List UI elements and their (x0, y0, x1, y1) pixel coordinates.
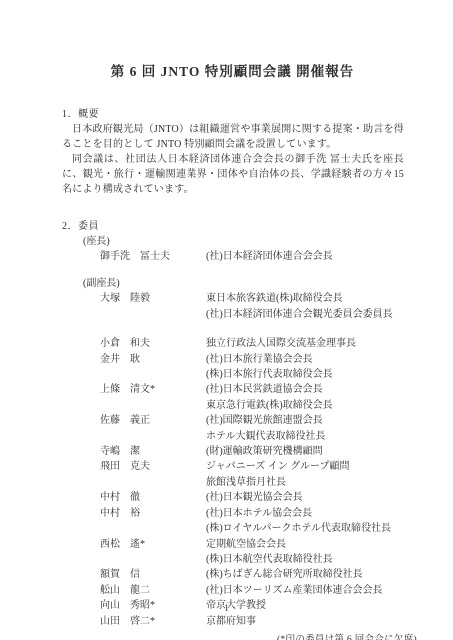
member-name: 大塚 陸毅 (100, 291, 206, 306)
member-title: 東日本旅客鉄道(株)取締役会長 (206, 291, 417, 306)
member-row: 額賀 信 (株)ちばぎん総合研究所取締役社長 (83, 567, 417, 582)
member-title: (社)日本ツーリズム産業団体連合会会長 (206, 583, 417, 598)
member-name: 寺嶋 潔 (100, 444, 206, 459)
member-row: 寺嶋 潔 (財)運輸政策研究機構顧問 (83, 444, 417, 459)
member-name: 中村 裕 (100, 506, 206, 521)
member-title: 京都府知事 (206, 614, 417, 629)
member-name: 舩山 龍二 (100, 583, 206, 598)
overview-heading: 1．概要 (62, 107, 417, 122)
member-title: (社)日本経済団体連合会会長 (206, 249, 417, 264)
member-name: 中村 徹 (100, 490, 206, 505)
member-title: (社)日本旅行業協会会長 (206, 352, 417, 367)
member-row: 大塚 陸毅 東日本旅客鉄道(株)取締役会長 (社)日本経済団体連合会観光委員会委… (83, 291, 417, 322)
member-group-committee: 小倉 和夫 独立行政法人国際交流基金理事長 金井 耿 (社)日本旅行業協会会長 … (83, 336, 417, 629)
section-overview: 1．概要 日本政府観光局（JNTO）は組織運営や事業展開に関する提案・助言を得る… (62, 107, 417, 197)
member-row: 中村 徹 (社)日本観光協会会長 (83, 490, 417, 505)
absentee-footnote: (*印の委員は第 6 回会合に欠席) (62, 633, 417, 640)
member-name: 御手洗 冨士夫 (100, 249, 206, 264)
member-row: 佐藤 義正 (社)国際観光旅館連盟会長 ホテル大観代表取締役社長 (83, 413, 417, 444)
member-row: 舩山 龍二 (社)日本ツーリズム産業団体連合会会長 (83, 583, 417, 598)
member-name: 山田 啓二* (100, 614, 206, 629)
member-row: 小倉 和夫 独立行政法人国際交流基金理事長 (83, 336, 417, 351)
member-row: 山田 啓二* 京都府知事 (83, 614, 417, 629)
member-title: 東京急行電鉄(株)取締役会長 (206, 398, 417, 413)
member-name: 西松 遙* (100, 537, 206, 552)
member-title: (社)日本観光協会会長 (206, 490, 417, 505)
member-row: 西松 遙* 定期航空協会会長 (株)日本航空代表取締役社長 (83, 537, 417, 568)
members-heading: 2．委員 (62, 219, 417, 234)
member-name: 上條 清文* (100, 382, 206, 397)
page-title: 第 6 回 JNTO 特別顧問会議 開催報告 (48, 60, 417, 80)
member-title: (株)ロイヤルパークホテル代表取締役社長 (206, 521, 417, 536)
member-title: (財)運輸政策研究機構顧問 (206, 444, 417, 459)
section-members: 2．委員 (座長) 御手洗 冨士夫 (社)日本経済団体連合会会長 (副座長) 大… (62, 219, 417, 640)
member-row: 飛田 克夫 ジャパニーズ イン グループ顧問 旅館浅草指月社長 (83, 459, 417, 490)
member-group-chair: (座長) 御手洗 冨士夫 (社)日本経済団体連合会会長 (83, 234, 417, 264)
page-number: 1 (0, 604, 453, 614)
member-title: (社)日本経済団体連合会観光委員会委員長 (206, 307, 417, 322)
member-title: (株)ちばぎん総合研究所取締役社長 (206, 567, 417, 582)
overview-paragraph-1: 日本政府観光局（JNTO）は組織運営や事業展開に関する提案・助言を得ることを目的… (62, 122, 404, 152)
member-title: (社)日本民営鉄道協会会長 (206, 382, 417, 397)
member-title: ジャパニーズ イン グループ顧問 (206, 459, 417, 474)
member-title: (社)国際観光旅館連盟会長 (206, 413, 417, 428)
member-name: 佐藤 義正 (100, 413, 206, 428)
member-row: 御手洗 冨士夫 (社)日本経済団体連合会会長 (83, 249, 417, 264)
member-title: (株)日本旅行代表取締役会長 (206, 367, 417, 382)
member-row: 上條 清文* (社)日本民営鉄道協会会長 東京急行電鉄(株)取締役会長 (83, 382, 417, 413)
member-name: 小倉 和夫 (100, 336, 206, 351)
member-group-vice-chair: (副座長) 大塚 陸毅 東日本旅客鉄道(株)取締役会長 (社)日本経済団体連合会… (83, 276, 417, 322)
member-title: 定期航空協会会長 (206, 537, 417, 552)
member-title: ホテル大観代表取締役社長 (206, 429, 417, 444)
member-title: 旅館浅草指月社長 (206, 475, 417, 490)
document-page: 第 6 回 JNTO 特別顧問会議 開催報告 1．概要 日本政府観光局（JNTO… (0, 0, 453, 640)
member-title: (株)日本航空代表取締役社長 (206, 552, 417, 567)
overview-paragraph-2: 同会議は、社団法人日本経済団体連合会会長の御手洗 冨士夫氏を座長に、観光・旅行・… (62, 152, 404, 197)
member-row: 金井 耿 (社)日本旅行業協会会長 (株)日本旅行代表取締役会長 (83, 352, 417, 383)
member-row: 中村 裕 (社)日本ホテル協会会長 (株)ロイヤルパークホテル代表取締役社長 (83, 506, 417, 537)
member-name: 金井 耿 (100, 352, 206, 367)
group-label: (座長) (83, 234, 417, 249)
group-label: (副座長) (83, 276, 417, 291)
member-name: 飛田 克夫 (100, 459, 206, 474)
member-title: (社)日本ホテル協会会長 (206, 506, 417, 521)
member-name: 額賀 信 (100, 567, 206, 582)
member-title: 独立行政法人国際交流基金理事長 (206, 336, 417, 351)
